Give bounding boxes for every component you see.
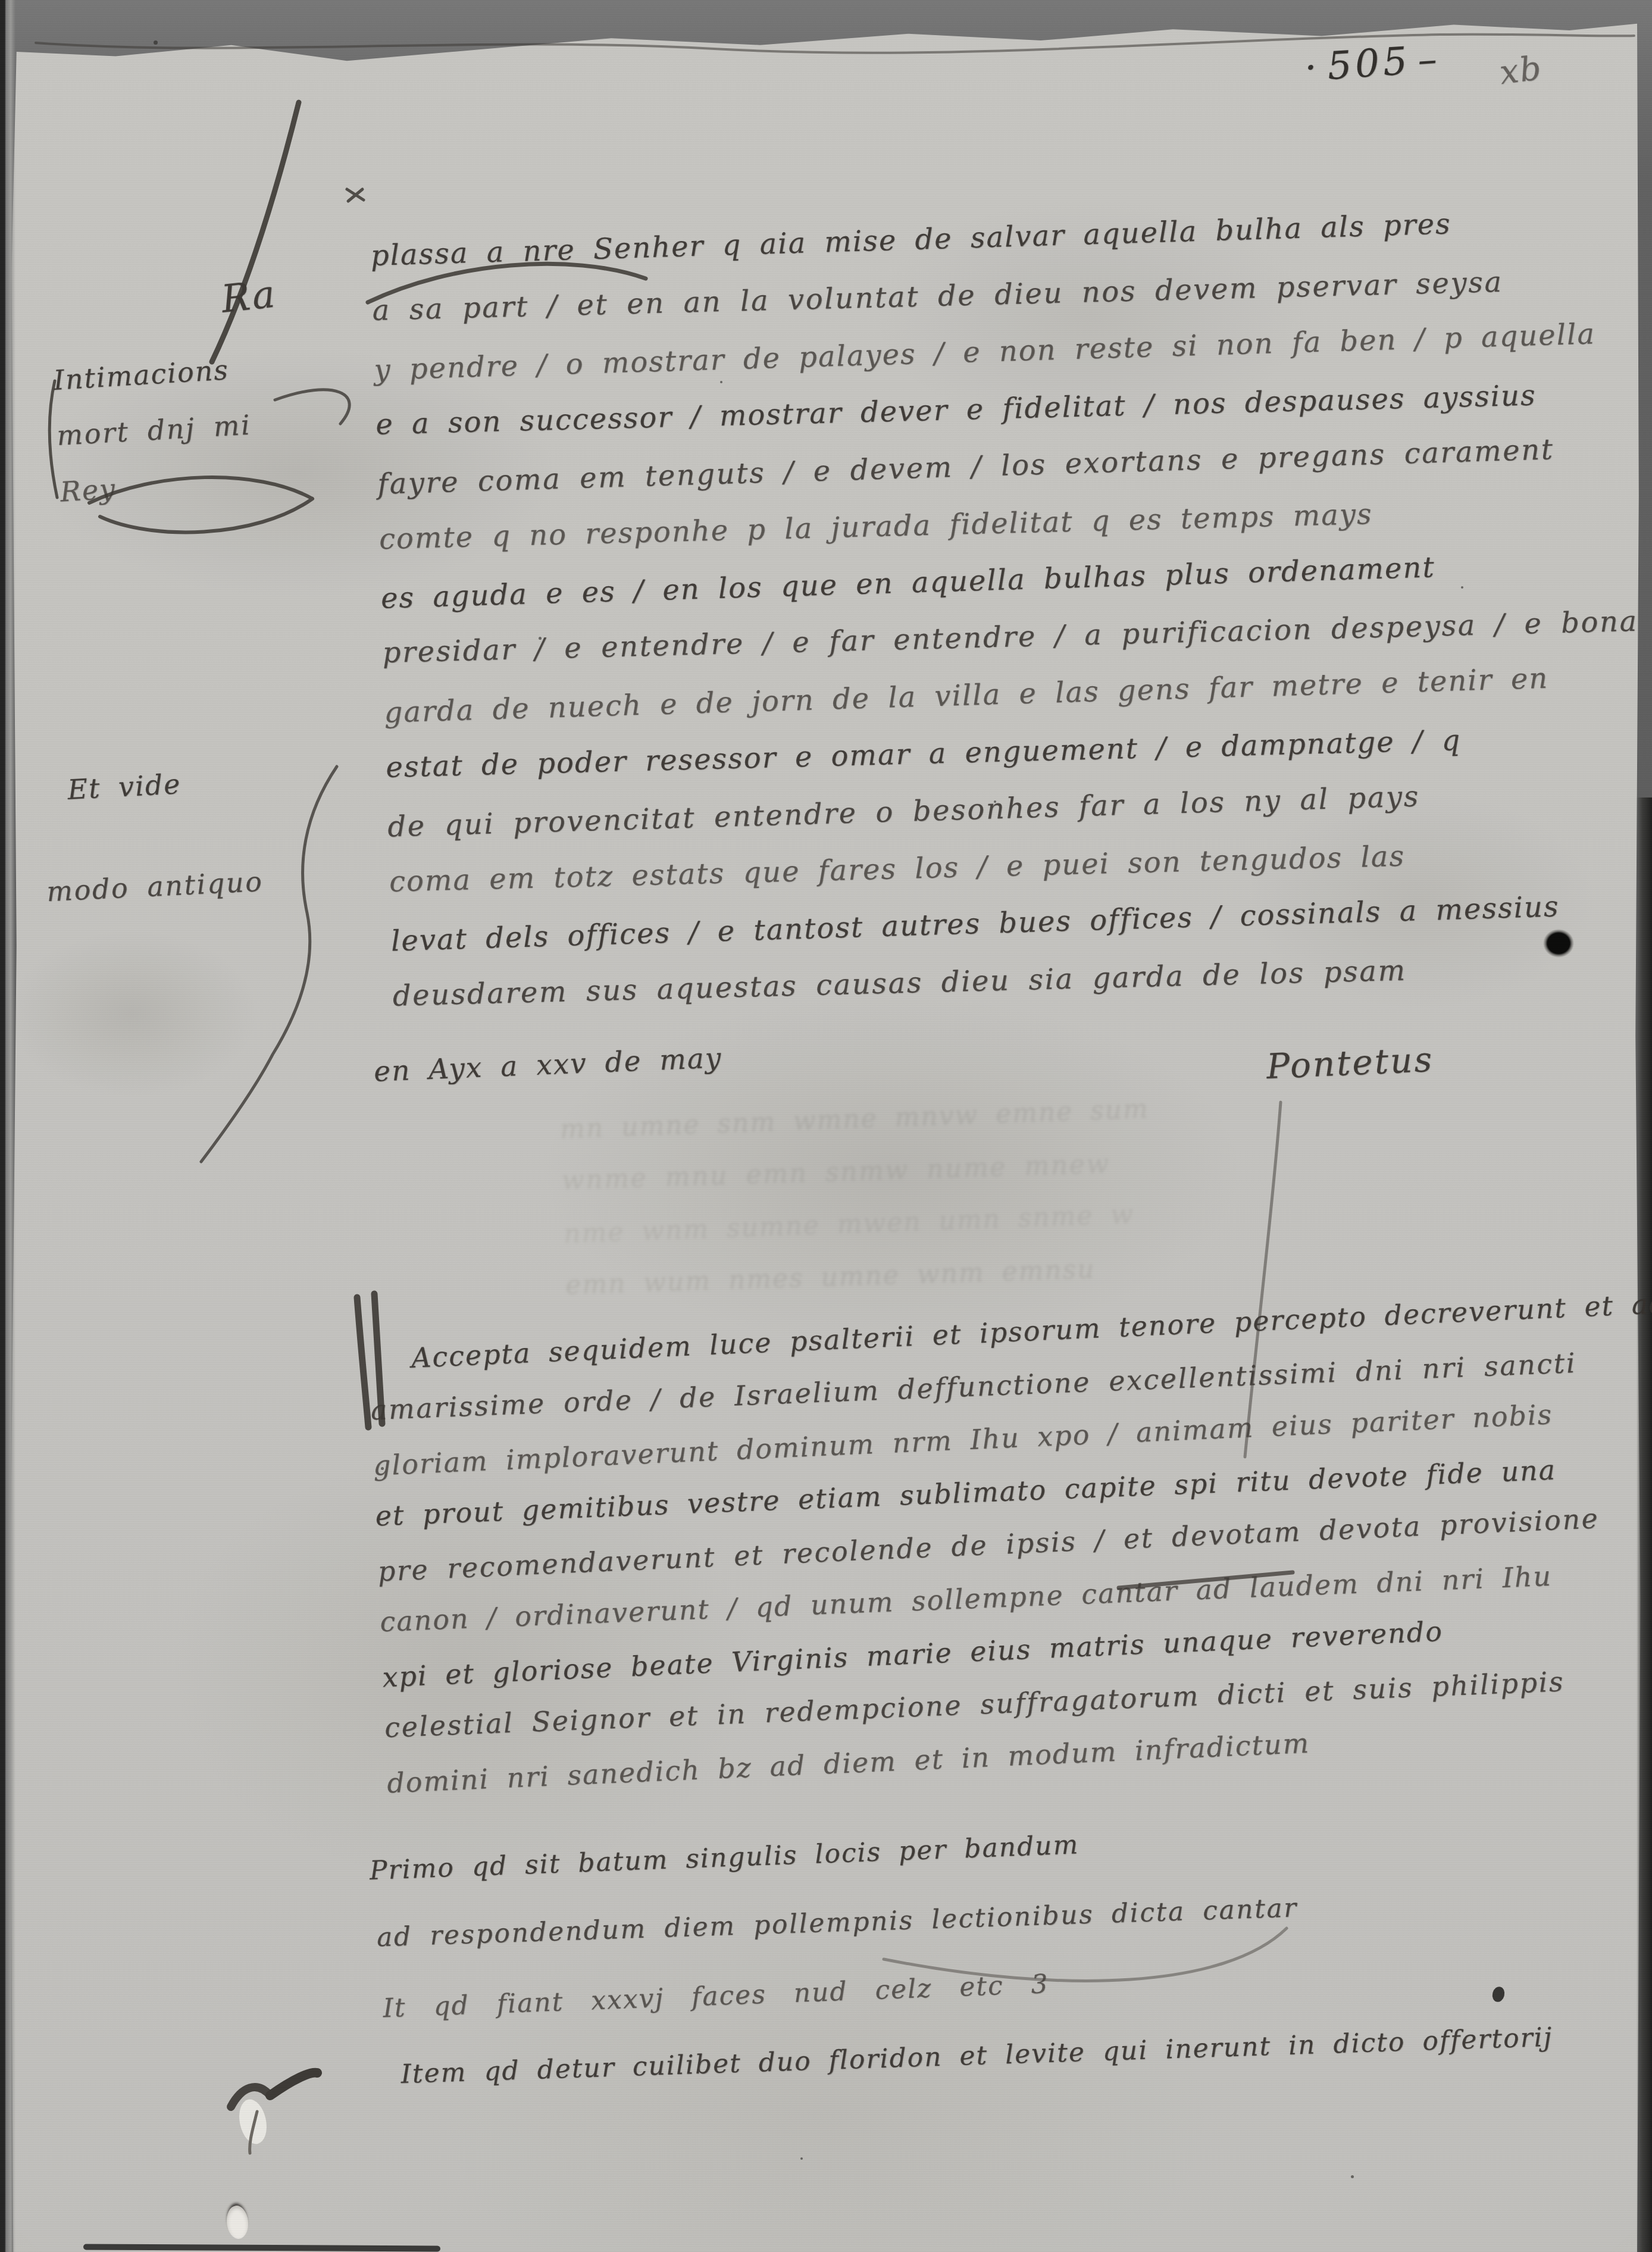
manuscript-scan-page: ·505– xb Ra Intimacionsmort dnj miRey Et… — [0, 0, 1652, 2252]
dust-speck — [154, 40, 158, 45]
corner-mark: xb — [1497, 49, 1544, 92]
dust-speck — [1351, 2175, 1354, 2178]
dust-speck — [1461, 586, 1463, 589]
signature-pontetus: Pontetus — [1266, 1039, 1435, 1087]
ink-hole — [1543, 929, 1574, 958]
folio-dash: – — [1413, 37, 1445, 83]
dust-speck — [800, 2157, 803, 2160]
folio-dot: · — [1300, 45, 1325, 90]
dust-speck — [720, 381, 722, 383]
margin-note-line: Rey — [59, 473, 117, 508]
dust-speck — [994, 800, 996, 803]
folio-number-value: 505 — [1322, 39, 1416, 89]
margin-paraph: Ra — [219, 272, 278, 321]
dust-speck — [539, 637, 542, 640]
margin-note-line: Et vide — [67, 768, 182, 806]
dust-speck — [381, 1467, 384, 1470]
